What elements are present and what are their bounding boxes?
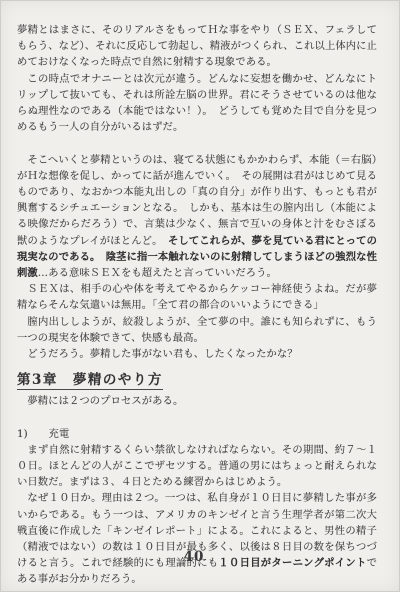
body-text: ＳＥＸは、相手の心や体を考えてやるからケッコー神経使うよね。だが夢精ならそんな気…	[17, 283, 377, 311]
scanned-book-page: 夢精とはまさに、そのリアルさをもってＨな事をやり（ＳＥＸ、フェラしてもらう、など…	[0, 0, 400, 592]
paragraph: 夢精とはまさに、そのリアルさをもってＨな事をやり（ＳＥＸ、フェラしてもらう、など…	[17, 22, 377, 71]
chapter-heading: 第3章 夢精のやり方	[17, 368, 377, 388]
paragraph: まず自然に射精するくらい禁欲しなければならない。その期間、約７～１０日。ほとんど…	[17, 442, 377, 491]
paragraph: なぜ１０日か。理由は２つ。一つは、私自身が１０日目に夢精した事が多いからである。…	[17, 490, 377, 587]
body-text: 膣内出ししようが、絞殺しようが、全て夢の中。誰にも知られずに、もう一つの現実を体…	[17, 316, 377, 344]
paragraph: そこへいくと夢精というのは、寝てる状態にもかかわらず、本能（＝右脳）がＨな想像を…	[17, 152, 377, 282]
blank-line	[17, 135, 377, 151]
body-text: まず自然に射精するくらい禁欲しなければならない。その期間、約７～１０日。ほとんど…	[17, 444, 377, 488]
body-text: …ある意味ＳＥＸをも超えたと言っていいだろう。	[38, 267, 277, 279]
body-text: 夢精とはまさに、そのリアルさをもってＨな事をやり（ＳＥＸ、フェラしてもらう、など…	[17, 24, 377, 68]
body-text: この時点でオナニーとは次元が違う。どんなに妄想を働かせ、どんなにトリップして抜い…	[17, 73, 377, 134]
paragraph: ＳＥＸは、相手の心や体を考えてやるからケッコー神経使うよね。だが夢精ならそんな気…	[17, 281, 377, 313]
body-text: 夢精には２つのプロセスがある。	[27, 395, 183, 407]
paragraph: 1) 充電	[17, 426, 377, 442]
page-content: 夢精とはまさに、そのリアルさをもってＨな事をやり（ＳＥＸ、フェラしてもらう、など…	[17, 22, 377, 588]
paragraph: 夢精には２つのプロセスがある。	[17, 393, 377, 409]
paragraph: 膣内出ししようが、絞殺しようが、全て夢の中。誰にも知られずに、もう一つの現実を体…	[17, 314, 377, 346]
body-text: そこへいくと夢精というのは、寝てる状態にもかかわらず、本能（＝右脳）がＨな想像を…	[17, 154, 377, 247]
body-text: 1) 充電	[17, 428, 69, 440]
emphasized-text: １０日目がターニングポイント	[218, 557, 366, 569]
blank-line	[17, 409, 377, 425]
chapter-heading-text: 第3章 夢精のやり方	[17, 372, 163, 390]
paragraph: この時点でオナニーとは次元が違う。どんなに妄想を働かせ、どんなにトリップして抜い…	[17, 71, 377, 136]
body-text: どうだろう。夢精した事がない君も、したくなったかな？	[27, 348, 297, 360]
paragraph: どうだろう。夢精した事がない君も、したくなったかな？	[17, 346, 377, 362]
page-number: 40	[184, 549, 205, 565]
